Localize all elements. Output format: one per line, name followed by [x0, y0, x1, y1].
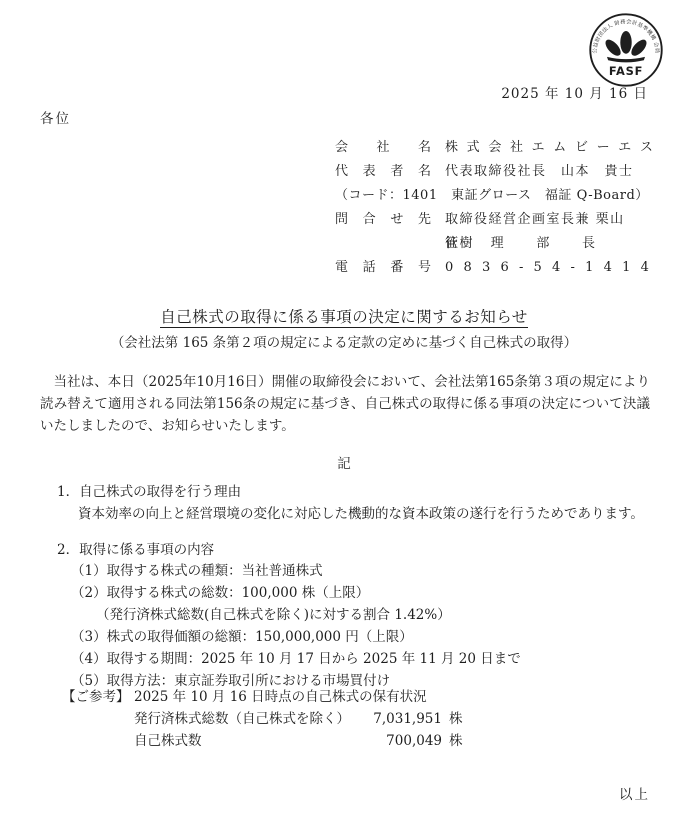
reference-heading-row: 【ご参考】 2025 年 10 月 16 日時点の自己株式の保有状況	[62, 686, 622, 708]
representative-label: 代表者名	[335, 160, 431, 184]
contact-value: 取締役経営企画室長兼 栗山 征樹	[445, 208, 653, 232]
ref-row-label: 自己株式数	[134, 730, 362, 752]
ref-row-value: 7,031,951	[362, 708, 442, 730]
fasf-logo: 公益財団法人 財務会計基準機構 会員 FASF	[588, 12, 664, 88]
item-total-shares-ratio: （発行済株式総数(自己株式を除く)に対する割合 1.42%）	[71, 604, 651, 626]
salutation: 各位	[40, 107, 71, 127]
representative-value: 代表取締役社長 山本 貴士	[445, 160, 653, 184]
representative-row: 代表者名 代表取締役社長 山本 貴士	[335, 160, 653, 184]
reference-label: 【ご参考】	[62, 686, 134, 708]
company-name-value: 株式会社エムビーエス	[445, 136, 653, 160]
fasf-logo-graphic: 公益財団法人 財務会計基準機構 会員 FASF	[588, 12, 664, 88]
fasf-wordmark: FASF	[609, 64, 643, 78]
reference-table: 発行済株式総数（自己株式を除く） 7,031,951 株 自己株式数 700,0…	[134, 708, 622, 752]
ref-row-unit: 株	[449, 730, 463, 752]
document-subtitle: （会社法第 165 条第２項の規定による定款の定めに基づく自己株式の取得）	[0, 331, 688, 351]
item-total-amount: （3）株式の取得価額の総額：150,000,000 円（上限）	[71, 626, 651, 648]
phone-value: 0836-54-1414	[445, 256, 649, 280]
item-period: （4）取得する期間：2025 年 10 月 17 日から 2025 年 11 月…	[71, 648, 651, 670]
document-title: 自己株式の取得に係る事項の決定に関するお知らせ	[160, 308, 528, 328]
record-mark: 記	[0, 452, 688, 472]
contact-value-2: 管理部長	[445, 232, 595, 256]
item-stock-type: （1）取得する株式の種類：当社普通株式	[71, 560, 651, 582]
section1-body: 資本効率の向上と経営環境の変化に対応した機動的な資本政策の遂行を行うためでありま…	[78, 502, 644, 522]
reference-block: 【ご参考】 2025 年 10 月 16 日時点の自己株式の保有状況 発行済株式…	[62, 686, 622, 752]
table-row: 自己株式数 700,049 株	[134, 730, 622, 752]
document-title-row: 自己株式の取得に係る事項の決定に関するお知らせ	[0, 305, 688, 327]
stock-code-line: （コード：1401 東証グロース 福証 Q-Board）	[335, 184, 653, 208]
contact-row-2: 管理部長	[335, 232, 653, 256]
ref-row-value: 700,049	[362, 730, 442, 752]
ref-row-unit: 株	[449, 708, 463, 730]
company-name-row: 会社名 株式会社エムビーエス	[335, 136, 653, 160]
company-name-label: 会社名	[335, 136, 431, 160]
section2-items: （1）取得する株式の種類：当社普通株式 （2）取得する株式の総数：100,000…	[71, 560, 651, 692]
contact-label: 問合せ先	[335, 208, 431, 232]
phone-row: 電話番号 0836-54-1414	[335, 256, 653, 280]
reference-heading: 2025 年 10 月 16 日時点の自己株式の保有状況	[134, 686, 427, 708]
table-row: 発行済株式総数（自己株式を除く） 7,031,951 株	[134, 708, 622, 730]
company-info-block: 会社名 株式会社エムビーエス 代表者名 代表取締役社長 山本 貴士 （コード：1…	[335, 136, 653, 280]
section2-heading: 2．取得に係る事項の内容	[57, 538, 214, 558]
contact-label-spacer	[335, 232, 431, 256]
document-page: 公益財団法人 財務会計基準機構 会員 FASF 2025 年 10 月 16 日…	[0, 0, 688, 815]
closing-mark: 以上	[619, 783, 650, 803]
ref-row-label: 発行済株式総数（自己株式を除く）	[134, 708, 362, 730]
phone-label: 電話番号	[335, 256, 431, 280]
body-paragraph: 当社は、本日（2025年10月16日）開催の取締役会において、会社法第165条第…	[40, 371, 650, 437]
contact-row: 問合せ先 取締役経営企画室長兼 栗山 征樹	[335, 208, 653, 232]
section1-heading: 1．自己株式の取得を行う理由	[57, 480, 241, 500]
document-date: 2025 年 10 月 16 日	[501, 82, 648, 102]
item-total-shares: （2）取得する株式の総数：100,000 株（上限）	[71, 582, 651, 604]
